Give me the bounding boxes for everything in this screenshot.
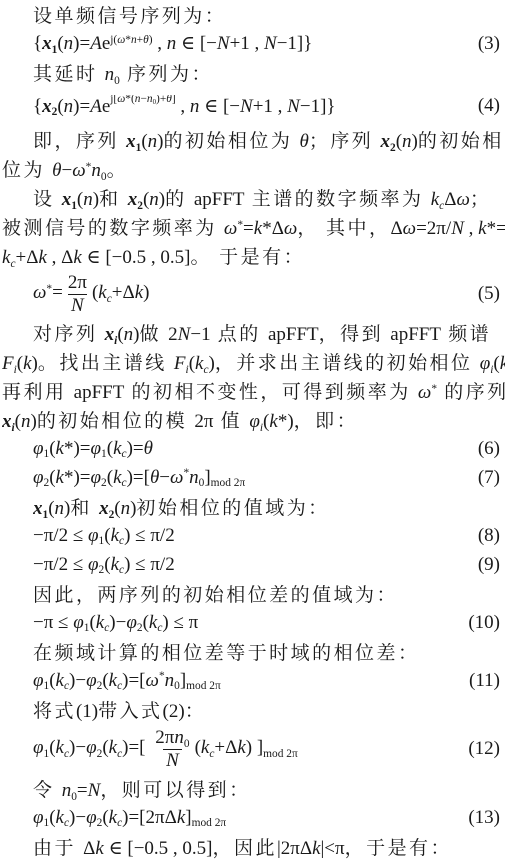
math-run: x [2,411,12,432]
math-run: ω [403,218,416,239]
math-run: θ [144,438,153,459]
line-content: x1(n)和 x2(n)初始相位的值域为： [33,493,330,520]
math-run: 0 [174,680,180,691]
math-run: N [88,780,101,801]
math-run: n [131,34,137,46]
text-line: 令 n0=N，则可以得到： [0,774,505,803]
math-run: 2 [137,200,143,211]
equation-line: φ1(kc)−φ2(kc)=[ω*n0]mod 2π(11) [0,666,505,695]
equation-line: {x2(n)=Aej[ω*(n−n0)+θ] , n ∈ [−N+1 , N−1… [0,87,505,125]
text-line: kc+Δk , Δk ∈ [−0.5 , 0.5]。 于是有： [0,241,505,270]
math-run: n [135,95,141,105]
math-run: φ [33,670,44,691]
equation-number: (12) [468,738,505,760]
equation-number: (4) [478,95,505,117]
math-run: k [56,467,64,488]
equation-content: φ1(kc)−φ2(kc)=[ω*n0]mod 2π [33,670,221,692]
chinese-text-run: 即，序列 [33,131,126,152]
math-run: c [117,748,122,760]
equation-number: (13) [468,807,505,829]
fraction-numerator: 2πn0 [152,727,192,748]
math-run: x [128,189,138,210]
math-run: k [111,554,119,575]
math-run: 1 [52,44,58,55]
math-run: * [86,161,92,173]
chinese-text-run: 的初相不变性，可得到频率为 [124,382,418,403]
math-run: 2 [97,680,103,691]
line-content: 由于 Δk ∈ [−0.5 , 0.5]，因此|2πΔk|<π，于是有： [33,833,452,860]
math-run: θ [150,467,159,488]
math-run: 0 [199,477,205,488]
math-run: mod 2π [263,748,298,760]
chinese-text-run: ， 其中， [297,218,390,239]
math-run: ω [117,95,125,105]
equation-content: −π/2 ≤ φ1(kc) ≤ π/2 [33,525,175,547]
math-run: k [312,838,320,859]
math-run: ω [284,218,297,239]
equation-line: {x1(n)=Aej(ω*n+θ) , n ∈ [−N+1 , N−1]}(3) [0,29,505,58]
math-run: n [165,670,175,691]
equation-content: {x1(n)=Aej(ω*n+θ) , n ∈ [−N+1 , N−1]} [33,32,312,55]
math-run: φ [86,670,97,691]
chinese-text-run: 初始相位的值域为： [136,498,329,519]
math-run: n [62,780,72,801]
math-run: k [109,807,117,828]
math-run: k [23,353,31,374]
math-run: 0 [114,75,120,86]
chinese-text-run: 和 [70,498,99,519]
math-run: φ [91,438,102,459]
math-run: c [122,477,127,488]
equation-content: φ2(k*)=φ2(kc)=[θ−ω*n0]mod 2π [33,467,245,489]
text-line: 因此，两序列的初始相位差的值域为： [0,579,505,608]
math-run: j(ω*n+θ) [110,34,152,46]
math-run: c [122,448,127,459]
math-run: * [183,467,189,479]
math-run: k [96,612,104,633]
math-run: 1 [44,680,50,691]
chinese-text-run: 设单频信号序列为： [33,6,226,27]
math-run: c [10,258,15,269]
equation-number: (5) [478,283,505,305]
chinese-text-run: 被测信号的数字频率为 [2,218,224,239]
math-run: k [38,247,46,268]
math-run: 2 [44,477,50,488]
math-run: N [178,324,191,345]
math-run: mod 2π [211,477,246,488]
math-run: n [64,33,74,54]
equation-number: (3) [478,33,505,55]
chinese-text-run: ，则可以得到： [100,780,250,801]
line-content: kc+Δk , Δk ∈ [−0.5 , 0.5]。 于是有： [2,242,305,269]
math-run: * [46,283,52,295]
math-run: n [190,96,200,117]
math-run: A [90,96,102,117]
math-run: ω [418,382,431,403]
math-run: F [174,353,186,374]
math-run: N [264,33,277,54]
text-line: Fi(k)。找出主谱线 Fi(kc)，并求出主谱线的初始相位 φi(kc)。 [0,347,505,376]
math-run: 2 [390,142,396,153]
text-line: 由于 Δk ∈ [−0.5 , 0.5]，因此|2πΔk|<π，于是有： [0,832,505,861]
chinese-text-run: 由于 [33,838,83,859]
line-content: 将式(1)带入式(2)： [33,696,206,723]
fraction: 2πN [65,272,90,316]
math-run: k [113,467,121,488]
math-run: 1 [44,817,50,828]
chinese-text-run: 做 [139,324,168,345]
math-run: c [157,622,162,633]
chinese-text-run: 主谱的数字频率为 [245,189,431,210]
chinese-text-run: 的初始相位的模 [37,411,195,432]
chinese-text-run: ；序列 [309,131,381,152]
chinese-text-run: ，得到 [319,324,391,345]
math-run: i [12,422,15,433]
equation-number: (10) [468,612,505,634]
math-run: x [42,96,52,117]
chinese-text-run: 因此，两序列的初始相位差的值域为： [33,585,398,606]
math-run: x [42,33,52,54]
math-run: N [166,750,179,771]
fraction-numerator: 2π [65,272,90,293]
math-run: A [90,33,102,54]
math-run: 0 [101,171,107,182]
math-run: c [209,748,214,760]
line-content: Fi(k)。找出主谱线 Fi(kc)，并求出主谱线的初始相位 φi(kc)。 [2,348,505,375]
math-run: 1 [44,748,50,760]
math-run: φ [126,612,137,633]
math-run: n [21,411,31,432]
math-run: 0 [184,738,190,750]
chinese-text-run: 其延时 [33,64,105,85]
equation-content: −π/2 ≤ φ2(kc) ≤ π/2 [33,554,175,576]
equation-number: (8) [478,525,505,547]
math-run: c [117,680,122,691]
line-content: 对序列 xi(n)做 2N−1 点的 apFFT，得到 apFFT 频谱 [33,319,491,346]
math-run: 2 [109,509,115,520]
math-run: k [98,282,106,303]
math-run: x [99,498,109,519]
math-run: k [431,189,439,210]
math-run: ω [117,34,125,46]
text-line: 再利用 apFFT 的初相不变性，可得到频率为 ω* 的序列 [0,376,505,405]
text-line: 对序列 xi(n)做 2N−1 点的 apFFT，得到 apFFT 频谱 [0,318,505,347]
math-run: c [203,364,208,375]
text-line: 设单频信号序列为： [0,0,505,29]
chinese-text-run: ： [185,701,206,722]
math-run: φ [33,737,44,758]
math-run: mod 2π [186,680,221,691]
equation-line: φ1(kc)−φ2(kc)=[2πΔk]mod 2π(13) [0,803,505,832]
math-run: 1 [84,622,90,633]
math-run: N [451,218,464,239]
math-run: θ [300,131,309,152]
math-run: 1 [71,200,77,211]
math-run: k [56,438,64,459]
fraction: 2πn0N [152,727,192,771]
math-run: c [119,535,124,546]
equation-line: −π/2 ≤ φ1(kc) ≤ π/2(8) [0,521,505,550]
math-run: 1 [136,142,142,153]
math-run: i [490,364,493,375]
chinese-text-run: 的初始相位为 [163,131,299,152]
math-run: c [64,817,69,828]
chinese-text-run: 对序列 [33,324,105,345]
math-run: φ [33,438,44,459]
math-run: n [55,498,65,519]
chinese-text-run: 再利用 [2,382,74,403]
equation-content: φ1(kc)−φ2(kc)=[ 2πn0N(kc+Δk) ]mod 2π [33,727,298,771]
equation-content: φ1(k*)=φ1(kc)=θ [33,438,153,460]
math-run: n [105,64,115,85]
equation-line: φ1(kc)−φ2(kc)=[ 2πn0N(kc+Δk) ]mod 2π(12) [0,724,505,774]
chinese-text-run: 位为 [2,160,52,181]
math-run: 2 [97,748,103,760]
math-run: 2 [97,817,103,828]
math-run: x [381,131,391,152]
chinese-text-run: 在频域计算的相位差等于时域的相位差： [33,643,419,664]
math-run: φ [88,525,99,546]
math-run: n [83,189,93,210]
math-run: φ [86,807,97,828]
line-content: xi(n)的初始相位的模 2π 值 φi(k*)，即： [2,406,358,433]
equation-line: −π/2 ≤ φ2(kc) ≤ π/2(9) [0,550,505,579]
math-run: c [117,817,122,828]
chinese-text-run: ，因此 [213,838,277,859]
line-content: 令 n0=N，则可以得到： [33,775,251,802]
chinese-text-run: 设 [33,189,62,210]
math-run: k [254,218,262,239]
chinese-text-run: ，于是有： [345,838,452,859]
line-content: 其延时 n0 序列为： [33,59,213,86]
math-run: N [287,96,300,117]
line-content: 设 x1(n)和 x2(n)的 apFFT 主谱的数字频率为 kcΔω； [33,184,491,211]
math-run: ω [170,467,183,488]
math-run: k [135,282,143,303]
math-run: * [159,670,165,682]
equation-line: −π ≤ φ1(kc)−φ2(kc) ≤ π(10) [0,608,505,637]
chinese-text-run: 和 [99,189,128,210]
math-run: x [33,498,43,519]
math-run: k [109,737,117,758]
math-run: φ [249,411,260,432]
chinese-text-run: 令 [33,780,62,801]
math-run: ω [146,670,159,691]
math-run: 1 [101,448,107,459]
math-run: n [149,189,159,210]
math-run: n [189,467,199,488]
math-run: k [73,247,81,268]
chinese-text-run: ，即： [294,411,358,432]
math-run: k [269,411,277,432]
math-run: N [71,295,84,316]
equation-number: (9) [478,554,505,576]
chinese-text-run: 。找出主谱线 [38,353,174,374]
math-run: n [124,324,134,345]
chinese-text-run: 频谱 [441,324,491,345]
text-line: 被测信号的数字频率为 ω*=k*Δω， 其中，Δω=2π/N , k*= [0,212,505,241]
math-run: * [431,383,437,395]
math-run: φ [33,807,44,828]
line-content: 设单频信号序列为： [33,1,226,28]
math-run: k [177,807,185,828]
math-run: c [104,622,109,633]
text-line: 在频域计算的相位差等于时域的相位差： [0,637,505,666]
math-run: F [2,353,14,374]
math-run: n [147,95,153,105]
equation-number: (7) [478,467,505,489]
math-run: i [114,335,117,346]
chinese-text-run: 将式 [33,701,76,722]
chinese-text-run: 的 [165,189,194,210]
chinese-text-run: 点的 [211,324,268,345]
math-run: n [91,160,101,181]
math-run: c [64,748,69,760]
math-run: x [105,324,115,345]
math-run: 2 [99,564,105,575]
fraction-denominator: N [163,749,182,771]
math-run: j[ω*(n−n0)+θ] [110,95,175,105]
line-content: 即，序列 x1(n)的初始相位为 θ；序列 x2(n)的初始相 [33,126,504,153]
math-run: φ [91,467,102,488]
math-run: φ [86,737,97,758]
math-run: ω [456,189,469,210]
math-run: n [167,33,177,54]
chinese-text-run: 序列为： [120,64,213,85]
math-run: k [111,525,119,546]
chinese-text-run: 。 于是有： [190,247,305,268]
text-line: 将式(1)带入式(2)： [0,695,505,724]
chinese-text-run: 的序列 [437,382,505,403]
math-run: k [500,353,505,374]
chinese-text-run: 的初始相 [418,131,504,152]
math-run: θ [143,34,149,46]
math-run: c [107,293,112,305]
line-content: 再利用 apFFT 的初相不变性，可得到频率为 ω* 的序列 [2,377,505,404]
math-run: i [14,364,17,375]
equation-line: φ2(k*)=φ2(kc)=[θ−ω*n0]mod 2π(7) [0,463,505,492]
text-line: 即，序列 x1(n)的初始相位为 θ；序列 x2(n)的初始相 [0,125,505,154]
math-run: k [109,670,117,691]
math-run: 1 [99,535,105,546]
math-run: 2 [137,622,143,633]
math-run: k [56,807,64,828]
math-run: k [237,737,245,758]
math-run: i [260,422,263,433]
paper-page: 设单频信号序列为：{x1(n)=Aej(ω*n+θ) , n ∈ [−N+1 ,… [0,0,505,861]
equation-content: −π ≤ φ1(kc)−φ2(kc) ≤ π [33,612,198,634]
line-content: 被测信号的数字频率为 ω*=k*Δω， 其中，Δω=2π/N , k*= [2,213,505,240]
math-run: N [240,96,253,117]
math-run: N [217,33,230,54]
math-run: 2 [101,477,107,488]
math-run: 0 [71,791,77,802]
math-run: c [119,564,124,575]
chinese-text-run: ，并求出主谱线的初始相位 [215,353,480,374]
math-run: x [126,131,136,152]
chinese-text-run: 值 [213,411,249,432]
math-run: mod 2π [192,817,227,828]
math-run: k [56,670,64,691]
line-content: 位为 θ−ω*n0。 [2,155,128,182]
math-run: 1 [43,509,49,520]
equation-number: (6) [478,438,505,460]
math-run: * [237,219,243,231]
chinese-text-run: ； [470,189,491,210]
equation-content: φ1(kc)−φ2(kc)=[2πΔk]mod 2π [33,807,226,829]
text-line: 设 x1(n)和 x2(n)的 apFFT 主谱的数字频率为 kcΔω； [0,183,505,212]
math-run: 0 [153,99,156,106]
math-run: ω [72,160,85,181]
math-run: n [148,131,158,152]
math-run: c [64,680,69,691]
math-run: 2 [52,106,58,117]
equation-content: ω*=2πN(kc+Δk) [33,272,149,316]
line-content: 因此，两序列的初始相位差的值域为： [33,580,398,607]
text-line: 其延时 n0 序列为： [0,58,505,87]
chinese-text-run: 。 [107,160,128,181]
math-run: n [402,131,412,152]
math-run: k [95,838,103,859]
math-run: ω [224,218,237,239]
math-run: φ [480,353,491,374]
math-run: n [64,96,74,117]
equation-line: φ1(k*)=φ1(kc)=θ(6) [0,434,505,463]
equation-content: {x2(n)=Aej[ω*(n−n0)+θ] , n ∈ [−N+1 , N−1… [33,95,336,118]
math-run: n [121,498,131,519]
math-run: θ [166,95,172,105]
math-run: k [113,438,121,459]
math-run: φ [88,554,99,575]
math-run: n [174,727,184,748]
math-run: c [439,200,444,211]
math-run: ω [33,282,46,303]
document-body: 设单频信号序列为：{x1(n)=Aej(ω*n+θ) , n ∈ [−N+1 ,… [0,0,505,861]
text-line: x1(n)和 x2(n)初始相位的值域为： [0,492,505,521]
math-run: θ [52,160,61,181]
math-run: x [62,189,72,210]
math-run: i [186,364,189,375]
fraction-denominator: N [68,294,87,316]
math-run: φ [33,467,44,488]
math-run: k [478,218,486,239]
text-line: 位为 θ−ω*n0。 [0,154,505,183]
equation-number: (11) [469,670,505,692]
math-run: k [56,737,64,758]
math-run: 1 [44,448,50,459]
text-line: xi(n)的初始相位的模 2π 值 φi(k*)，即： [0,405,505,434]
line-content: 在频域计算的相位差等于时域的相位差： [33,638,419,665]
math-run: φ [73,612,84,633]
chinese-text-run: 带入式 [98,701,162,722]
equation-line: ω*=2πN(kc+Δk)(5) [0,270,505,318]
